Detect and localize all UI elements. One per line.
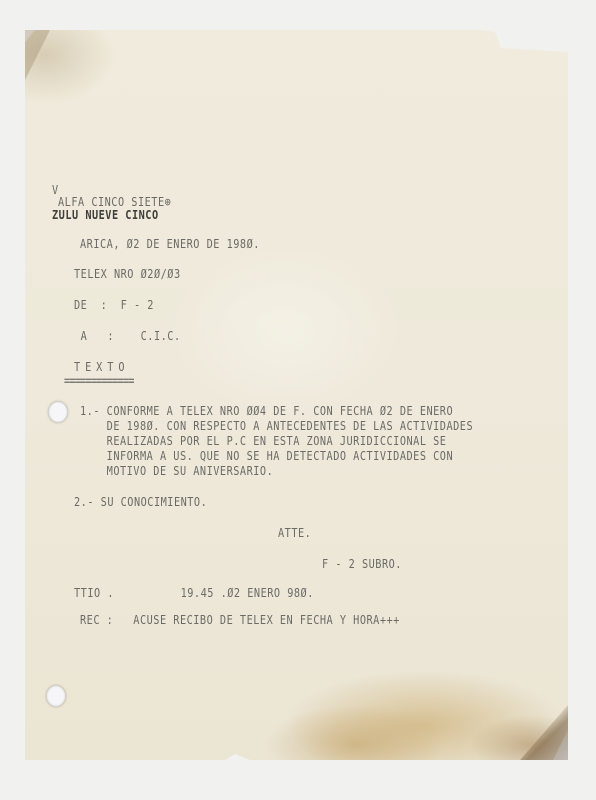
receipt-line: REC : ACUSE RECIBO DE TELEX EN FECHA Y H… [80,612,400,627]
body-item1-line: DE 198Ø. CON RESPECTO A ANTECEDENTES DE … [80,418,473,433]
punch-hole-icon [46,685,66,707]
texto-underline: ============= [64,373,134,388]
telex-paper-sheet [25,30,568,760]
body-item1-line: INFORMA A US. QUE NO SE HA DETECTADO ACT… [80,448,453,463]
body-item1-line: REALIZADAS POR EL P.C EN ESTA ZONA JURID… [80,433,446,448]
body-item1-line: MOTIVO DE SU ANIVERSARIO. [80,463,273,478]
from-field: DE : F - 2 [74,297,154,312]
signature: F - 2 SUBRO. [322,556,402,571]
punch-hole-icon [48,401,68,423]
body-item2: 2.- SU CONOCIMIENTO. [74,494,207,509]
folded-corner-stain [25,30,50,80]
transmission-line: TTIO . 19.45 .Ø2 ENERO 98Ø. [74,585,314,600]
texto-label: TEXTO [74,359,129,374]
place-date: ARICA, Ø2 DE ENERO DE 198Ø. [80,236,260,251]
closing-atte: ATTE. [278,525,311,540]
to-field: A : C.I.C. [74,328,181,343]
body-item1-line: 1.- CONFORME A TELEX NRO ØØ4 DE F. CON F… [80,403,453,418]
header-line-zulu: ZULU NUEVE CINCO [52,207,159,222]
telex-number: TELEX NRO Ø2Ø/Ø3 [74,266,181,281]
